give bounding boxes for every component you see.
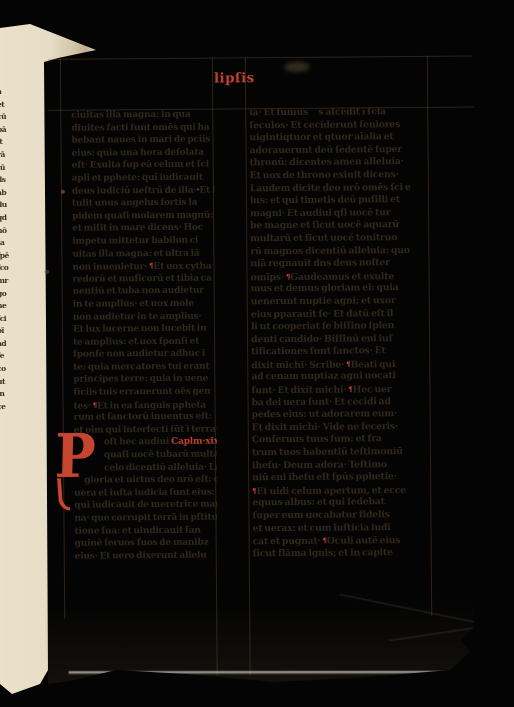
text-segment: omīps· [251, 272, 286, 283]
edge-text-fragment: co [0, 363, 13, 376]
text-segment: Et in ea ſanguis ppheta [97, 400, 206, 411]
text-line: et miſit in mare dicens· Hoc [72, 222, 215, 236]
edge-text-fragment: ſe [0, 350, 13, 363]
text-segment: Conſeruus tuus ſum: et fra [252, 434, 382, 446]
text-line: Et dixit michi· Vide ne feceris· [252, 421, 424, 435]
text-line: in te amplius· et uox mole [73, 297, 216, 311]
stain-smudge [284, 62, 310, 72]
text-line: diuites facti ſunt omēs qui ha [71, 121, 214, 135]
text-line: uitas illa magna: et ultra iā [72, 247, 215, 261]
text-line: ſicut flāma ignis; et in capite [253, 547, 425, 561]
text-segment: tione ſua: et uindicauit ſan [75, 525, 201, 536]
text-segment: ſponſe non audietur adhuc ī [73, 349, 205, 360]
text-line: non inuenietur· ¶Et uox cytha [72, 260, 215, 274]
bottom-shading [38, 602, 487, 688]
edge-text-fragment: cū [0, 111, 13, 124]
text-segment: diuites facti ſunt omēs qui ha [71, 122, 209, 133]
edge-text-fragment: a [0, 86, 13, 99]
text-segment: Beati qui [350, 359, 395, 370]
text-segment: ſeculos· Et ceciderunt ſeniores [249, 119, 400, 131]
text-line: celo dicentiū alleluia· Laus et [74, 461, 217, 475]
text-segment: pidem quaſi molarem magnū: [72, 210, 213, 221]
text-segment: eius· Et uero dixerunt allelu [75, 550, 207, 561]
text-column-left: ciuitas illa magna: in quadiuites facti … [71, 109, 218, 563]
text-segment: iheſu· Deum adora· Teſtimo [252, 459, 387, 471]
drop-cap-initial: P [54, 429, 96, 483]
text-segment: ſunt· Et dixit michi· [251, 385, 348, 397]
text-segment: multarū et ſicut uocē tonitruo [250, 232, 397, 244]
text-segment: te: quia mercatores tui erant [73, 361, 209, 372]
text-segment: niū eni iheſu eſt ſpūs pphetie· [252, 471, 397, 483]
text-segment: ficiis tuis errauerunt oēs gen [73, 387, 210, 398]
text-segment: gloria et uirtus deo nrō eſt: quia [84, 475, 217, 486]
text-segment: trum tuos habentiū teſtimoniū [252, 446, 403, 458]
text-line: principes terre: quia in uene [73, 373, 216, 387]
text-segment: guinē ſeruos ſuos de manibz [75, 538, 209, 549]
text-segment: apli et pphete: quī iudicauit [72, 173, 203, 184]
text-line: apli et pphete: quī iudicauit [72, 171, 215, 185]
edge-text-fragment: du [0, 199, 13, 212]
text-segment: tificationes ſunt ſanctos· Et [251, 345, 386, 357]
text-segment: eius pparauit ſe· Et datū eſt il [251, 308, 393, 320]
text-segment: impetu mittetur babilon ci [72, 236, 198, 247]
text-segment: in te amplius· et uox mole [73, 299, 194, 310]
text-segment: uera et iuſta iudicia ſunt eius: [74, 487, 214, 498]
text-segment: deus iudiciū ueſtrū de illa· [72, 185, 197, 196]
text-line: tione ſua: et uindicauit ſan [75, 524, 218, 538]
edge-text-fragment: in [0, 388, 13, 401]
text-segment: ad cenam nuptiaz agni uocati [251, 371, 396, 383]
text-line: deus iudiciū ueſtrū de illa··Et ſuſ [72, 184, 215, 198]
text-segment: ia· Et fumus s aſcēdit ī ſcła [249, 106, 386, 118]
text-segment: qui iudicauit de meretrice mag [74, 500, 217, 511]
text-segment: bebant naues in mari de pciis [71, 135, 210, 146]
text-line: nentiū et tuba non audietur [73, 285, 216, 299]
text-segment: Hec uer [353, 384, 392, 395]
text-segment: equus albus: et qui ſedebat [252, 497, 384, 509]
text-line: ſponſe non audietur adhuc ī [73, 348, 216, 362]
photo-background: { "meta": { "description": "Photograph o… [0, 0, 514, 707]
edge-text-fragment: ta [0, 237, 13, 250]
text-segment: eſt· Exulta ſup eā celum et ſci [72, 160, 209, 171]
text-segment: redorū et muſicorū et tibia ca [73, 273, 212, 284]
edge-text-fragment: tū [0, 162, 13, 175]
edge-text-fragment: ce [0, 401, 13, 414]
text-line: eſt· Exulta ſup eā celum et ſci [72, 159, 215, 173]
manuscript-page: lipſis ciuitas illa magna: in quadiuites… [36, 44, 484, 686]
text-line: ¶Et uidi celum apertum, et ecce [252, 484, 424, 498]
text-line: impetu mittetur babilon ci [72, 234, 215, 248]
text-line: uera et iuſta iudicia ſunt eius: [74, 486, 217, 500]
edge-text-fragment: ds [0, 174, 13, 187]
text-line: bebant naues in mari de pciis [71, 134, 214, 148]
text-segment: ciuitas illa magna: in qua [71, 110, 190, 121]
text-segment: mus et demus gloriam ei: quia [251, 282, 399, 294]
text-segment: Et uox cytha [153, 262, 211, 272]
text-segment: adorauerunt deū ſedentē ſuper [250, 144, 403, 156]
text-segment: ius: et qui timetis deū puſilli et [250, 194, 400, 206]
text-segment: Et uidi celum apertum, et ecce [256, 485, 406, 497]
text-line: ficiis tuis errauerunt oēs gen [73, 386, 216, 400]
text-line: na· que corrupit terrā in pſtitu [74, 512, 217, 526]
edge-text-fragment: et [0, 99, 13, 112]
text-segment: oſt hec audiui [104, 437, 171, 448]
text-segment: rū magnos dicentiū alleluia: quo [250, 245, 410, 257]
text-segment: Gaudeamus et exulte [290, 271, 394, 283]
text-line: ſeculos· Et ceciderunt ſeniores [249, 118, 421, 132]
edge-text-fragment: mr [0, 275, 13, 288]
text-segment: na· que corrupit terrā in pſtitu [74, 513, 217, 524]
text-line: eius· Et uero dixerunt allelu [75, 549, 218, 563]
text-segment: quaſi uocē tubarū multarū ī [104, 449, 217, 460]
edge-text-fragment: pā [0, 124, 13, 137]
text-segment: non audietur in te amplius· [73, 311, 202, 322]
text-segment: Et lux lucerne non lucebit in [73, 324, 207, 335]
text-line: non audietur in te amplius· [73, 310, 216, 324]
text-line: ius: et qui timetis deū puſilli et [250, 194, 422, 208]
text-segment: et miſit in mare dicens· Hoc [72, 223, 203, 234]
text-segment: eius: quia una hora deſolata [72, 147, 204, 158]
text-line: mus et demus gloriam ei: quia [251, 282, 423, 296]
edge-text-fragment: ſci [0, 313, 13, 326]
text-segment: nentiū et tuba non audietur [73, 286, 204, 297]
text-segment: li ut cooperiat ſe biſſino ſplen [251, 320, 394, 332]
text-segment: cat et pugnat· [253, 536, 323, 548]
text-segment: non inuenietur· [72, 262, 149, 273]
text-line: guinē ſeruos ſuos de manibz [75, 537, 218, 551]
edge-text-fragment: ne [0, 300, 13, 313]
text-line: ciuitas illa magna: in qua [71, 109, 214, 123]
text-segment: niā regnauit dns deus noſter [250, 257, 389, 269]
text-segment: ſuper eum uocabatur fidelis [252, 509, 389, 521]
text-column-right: ia· Et fumus s aſcēdit ī ſcłaſeculos· Et… [249, 106, 425, 561]
text-segment: tulit unus angelus fortis la [72, 198, 197, 209]
text-segment: pedes eius: ut adorarem eum· [252, 408, 397, 420]
text-segment: Et dixit michi· Vide ne feceris· [252, 421, 398, 433]
text-line: eius: quia una hora deſolata [72, 146, 215, 160]
text-segment: ba dei uera ſunt· Et cecidi ad [252, 396, 391, 408]
text-segment: be magne et ſicut uocē aquarū [250, 219, 399, 231]
text-segment: uigintiqtuor et qtuor aīalia et [249, 131, 393, 143]
edge-text-fragment: ut [0, 376, 13, 389]
text-segment: thronū: dicentes amen alleluia· [250, 156, 404, 168]
fore-edge-highlight [69, 671, 449, 674]
ruling-line-left [60, 59, 65, 619]
text-line: tulit unus angelus fortis la [72, 197, 215, 211]
text-line: te: quia mercatores tui erant [73, 360, 216, 374]
text-segment: magni· Et audiui qſi uocē tur [250, 207, 390, 219]
text-segment: Oculi autē eius [327, 535, 401, 547]
running-header: lipſis [214, 70, 255, 86]
stain-speck [44, 270, 49, 274]
ruling-line-right [427, 56, 432, 616]
rubric-text: Caplm·xix· [171, 437, 217, 447]
edge-text-fragment: nō [0, 225, 13, 238]
stain-speck [61, 190, 65, 194]
drop-cap-letter: P [54, 420, 96, 492]
text-line: redorū et muſicorū et tibia ca [73, 272, 216, 286]
page-content-layer: lipſis ciuitas illa magna: in quadiuites… [34, 42, 487, 687]
text-line: rū magnos dicentiū alleluia: quo [250, 244, 422, 258]
edge-text-fragment: rā [0, 149, 13, 162]
edge-text-fragment: ſco [0, 262, 13, 275]
edge-text-fragment: ſpē [0, 250, 13, 263]
text-line: Et lux lucerne non lucebit in [73, 323, 216, 337]
text-segment: ſicut flāma ignis; et in capite [253, 547, 393, 559]
text-segment: et uerax: et cum iuſticia iudi [252, 522, 390, 534]
text-segment: Et uox de throno exiuit dicens· [250, 169, 399, 181]
ruling-line-top [48, 56, 472, 60]
facing-page-text-fragments: aetcūpāitrātūdsabduqdnōtaſpēſcomrgoneſci… [0, 86, 13, 566]
text-line: qui iudicauit de meretrice mag [74, 499, 217, 513]
text-segment: celo dicentiū alleluia· Laus et [104, 462, 217, 473]
text-segment: uitas illa magna: et ultra iā [72, 248, 199, 259]
text-segment: uenerunt nuptie agni; et uxor [251, 295, 396, 307]
edge-text-fragment: qd [0, 212, 13, 225]
running-header-text: lipſis [214, 70, 255, 86]
text-line: cat et pugnat· ¶Oculi autē eius [253, 534, 425, 548]
text-line: tes· ¶Et in ea ſanguis ppheta [74, 398, 217, 412]
edge-text-fragment: it [0, 136, 13, 149]
text-segment: dixit michi· Scribe· [251, 359, 346, 371]
edge-text-fragment: oī [0, 325, 13, 338]
text-line: gloria et uirtus deo nrō eſt: quia [74, 474, 217, 488]
text-line: pidem quaſi molarem magnū: [72, 209, 215, 223]
text-segment: Et ſuſ [199, 185, 215, 195]
text-segment: te amplius: et uox ſponſi et [73, 336, 199, 347]
text-line: te amplius: et uox ſponſi et [73, 335, 216, 349]
text-line: trum tuos habentiū teſtimoniū [252, 446, 424, 460]
edge-text-fragment: ab [0, 187, 13, 200]
text-segment: tes· [74, 401, 93, 411]
text-segment: principes terre: quia in uene [73, 374, 208, 385]
edge-text-fragment: go [0, 288, 13, 301]
text-segment: Laudem dicite deo nrō omēs ſci e [250, 182, 411, 194]
edge-text-fragment: ad [0, 338, 13, 351]
text-segment: denti candido· Biſſinū eni iuſ [251, 333, 392, 345]
